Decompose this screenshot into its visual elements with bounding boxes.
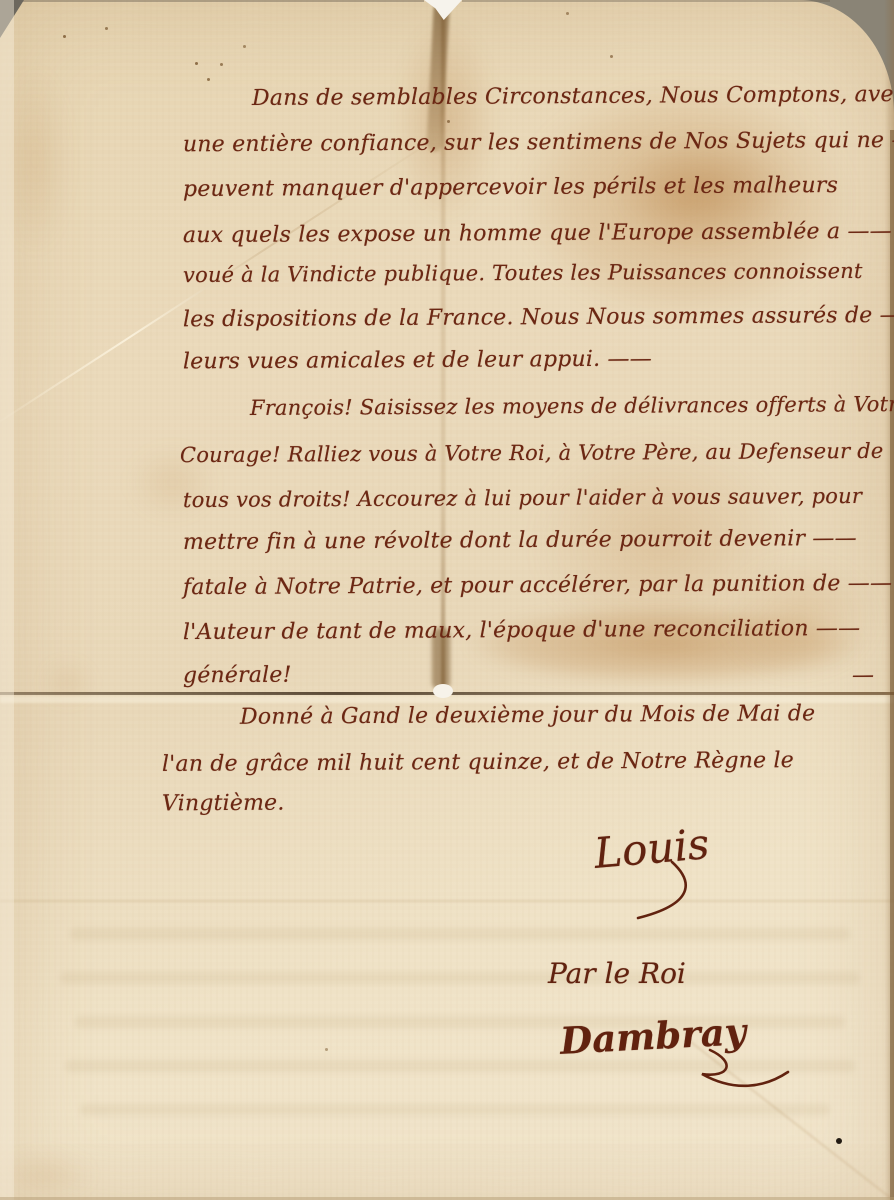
manuscript-line: l'an de grâce mil huit cent quinze, et d… [162, 746, 794, 780]
bleedthrough-line [60, 972, 860, 984]
top-edge-line-left [0, 0, 424, 2]
signature-louis: Louis [592, 819, 711, 878]
manuscript-line: Donné à Gand le deuxième jour du Mois de… [240, 699, 815, 733]
ink-dot-bottom-right [836, 1138, 842, 1144]
stain-bottom-left [0, 1145, 110, 1200]
manuscript-line: voué à la Vindicte publique. Toutes les … [183, 256, 863, 290]
manuscript-line: Dans de semblables Circonstances, Nous C… [252, 80, 894, 114]
horizontal-crease-faint [0, 900, 894, 902]
bleedthrough-line [65, 1060, 855, 1072]
top-edge-line-right [462, 0, 830, 2]
manuscript-line: mettre fin à une révolte dont la durée p… [183, 524, 857, 558]
manuscript-line: une entière confiance, sur les sentimens… [183, 126, 894, 161]
line-filler-dash: — [852, 661, 874, 691]
letter-page: Dans de semblables Circonstances, Nous C… [0, 0, 894, 1200]
countersignature-dambray: Dambray [559, 1009, 747, 1063]
manuscript-line: peuvent manquer d'appercevoir les périls… [183, 171, 838, 205]
manuscript-line: les dispositions de la France. Nous Nous… [183, 301, 894, 336]
stain-left-dot [35, 655, 100, 710]
manuscript-line: François! Saisissez les moyens de délivr… [250, 389, 894, 423]
bleedthrough-line [70, 928, 850, 940]
manuscript-line: Courage! Ralliez vous à Votre Roi, à Vot… [180, 436, 884, 470]
manuscript-line: Vingtième. [162, 789, 285, 820]
manuscript-line: générale! [183, 661, 292, 692]
manuscript-line: tous vos droits! Accourez à lui pour l'a… [183, 481, 862, 515]
stain-left-band [0, 35, 80, 285]
countersign-label: Par le Roi [548, 957, 686, 990]
manuscript-line: l'Auteur de tant de maux, l'époque d'une… [183, 614, 860, 648]
manuscript-line: leurs vues amicales et de leur appui. —— [183, 345, 652, 378]
paper-specks [63, 35, 66, 38]
bleedthrough-line [80, 1104, 830, 1115]
manuscript-line: fatale à Notre Patrie, et pour accélérer… [183, 569, 892, 603]
dark-corner-top-left [0, 0, 24, 38]
manuscript-line: aux quels les expose un homme que l'Euro… [183, 217, 892, 251]
